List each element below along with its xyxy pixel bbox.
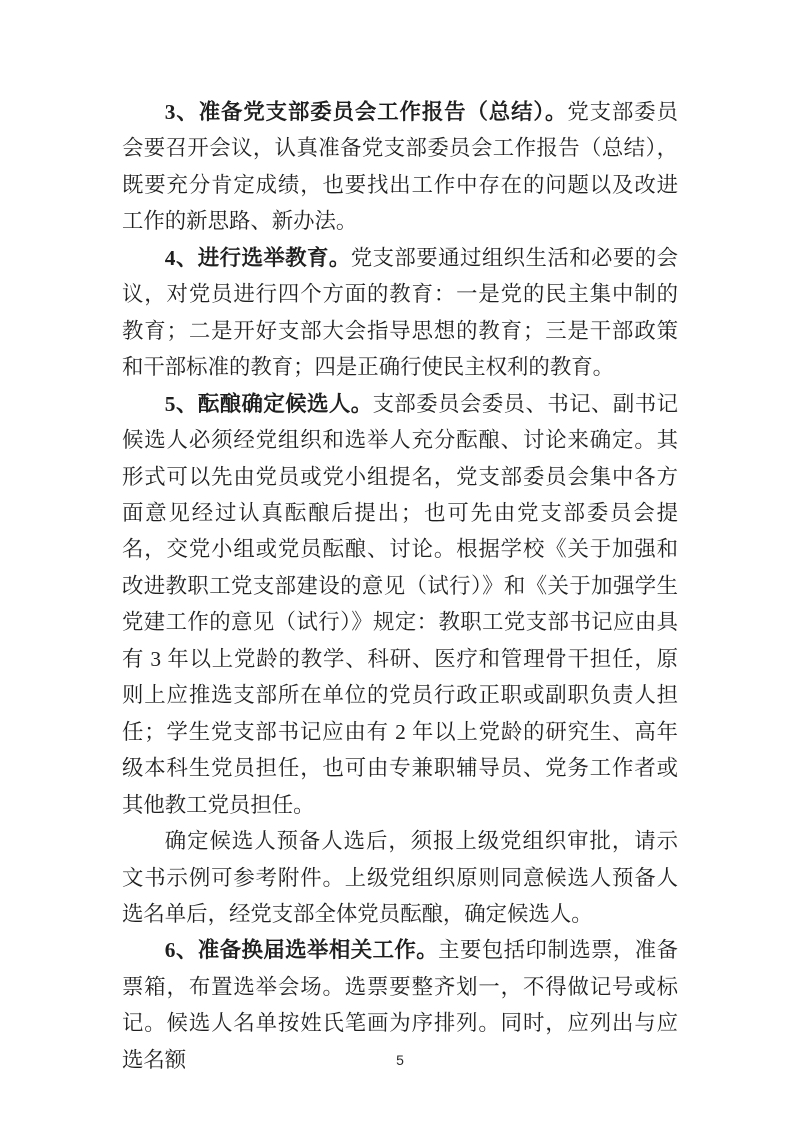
paragraph-lead: 4、进行选举教育。 (165, 246, 351, 270)
page-number: 5 (0, 1050, 800, 1070)
paragraph-4: 4、进行选举教育。党支部要通过组织生活和必要的会议，对党员进行四个方面的教育：一… (122, 240, 678, 386)
paragraph-body: 支部委员会委员、书记、副书记候选人必须经党组织和选举人充分酝酿、讨论来确定。其形… (122, 392, 678, 817)
paragraph-lead: 3、准备党支部委员会工作报告（总结）。 (165, 100, 568, 124)
paragraph-body: 确定候选人预备人选后，须报上级党组织审批，请示文书示例可参考附件。上级党组织原则… (122, 829, 678, 926)
paragraph-5: 5、酝酿确定候选人。支部委员会委员、书记、副书记候选人必须经党组织和选举人充分酝… (122, 386, 678, 823)
paragraph-lead: 6、准备换届选举相关工作。 (165, 938, 438, 962)
paragraph-lead: 5、酝酿确定候选人。 (165, 392, 373, 416)
document-body: 3、准备党支部委员会工作报告（总结）。党支部委员会要召开会议，认真准备党支部委员… (122, 94, 678, 1078)
document-page: 3、准备党支部委员会工作报告（总结）。党支部委员会要召开会议，认真准备党支部委员… (0, 0, 800, 1131)
paragraph-3: 3、准备党支部委员会工作报告（总结）。党支部委员会要召开会议，认真准备党支部委员… (122, 94, 678, 240)
paragraph-candidate-approval: 确定候选人预备人选后，须报上级党组织审批，请示文书示例可参考附件。上级党组织原则… (122, 823, 678, 932)
